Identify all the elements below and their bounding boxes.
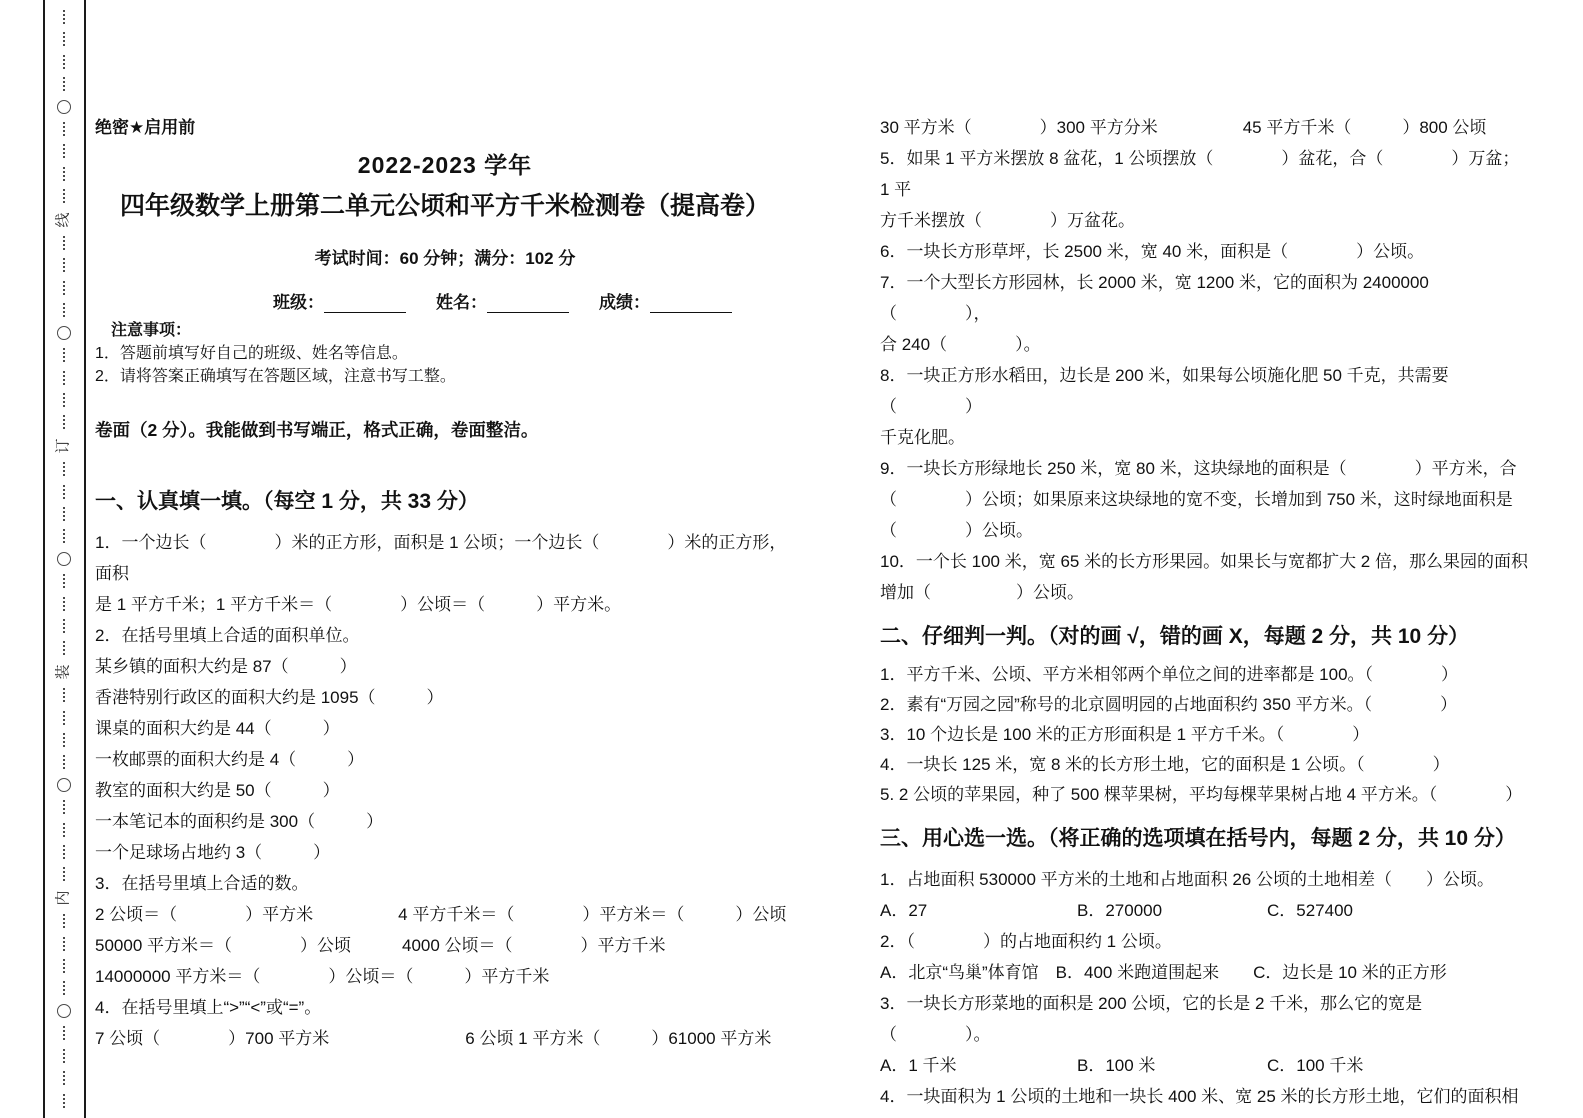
name-blank-line (487, 293, 569, 313)
binding-dash (63, 507, 65, 521)
binding-dash (63, 258, 65, 272)
binding-dash (63, 485, 65, 499)
name-label: 姓名： (436, 288, 487, 313)
question-line: 30 平方米（ ）300 平方分米 45 平方千米（ ）800 公顷 (880, 0, 1528, 143)
page-title: 四年级数学上册第二单元公顷和平方千米检测卷（提高卷） (95, 186, 795, 222)
binding-dash (63, 281, 65, 295)
choice-options-row: A．1 千米 B．100 米 C．100 千米 (880, 1050, 1528, 1081)
binding-char-line: 线 (56, 212, 72, 227)
question-line: 是 1 平方千米；1 平方千米＝（ ）公顷＝（ ）平方米。 (95, 589, 795, 620)
question-line: 3．在括号里填上合适的数。 (95, 868, 795, 899)
binding-dash (63, 755, 65, 769)
question-line: 8．一块正方形水稻田，边长是 200 米，如果每公顷施化肥 50 千克，共需要（… (880, 360, 1528, 422)
question-line: 教室的面积大约是 50（ ） (95, 775, 795, 806)
choice-options-row: A．北京“鸟巢”体育馆 B．400 米跑道围起来 C．边长是 10 米的正方形 (880, 957, 1528, 988)
question-line: （ ）公顷；如果原来这块绿地的宽不变，长增加到 750 米，这时绿地面积是 (880, 484, 1528, 515)
choice-question-line: 2．（ ）的占地面积约 1 公顷。 (880, 926, 1528, 957)
binding-dash (63, 959, 65, 973)
question-line: （ ）公顷。 (880, 515, 1528, 546)
question-line: 14000000 平方米＝（ ）公顷＝（ ）平方千米 (95, 961, 795, 992)
binding-char-inner: 内 (56, 890, 72, 905)
binding-dash (63, 937, 65, 951)
name-field: 姓名： (436, 288, 569, 313)
binding-dash (63, 1071, 65, 1085)
binding-dash (63, 619, 65, 633)
binding-dash (63, 823, 65, 837)
binding-circle (57, 100, 71, 114)
notes-title: 注意事项： (95, 319, 795, 342)
question-line: 7．一个大型长方形园林，长 2000 米，宽 1200 米，它的面积为 2400… (880, 267, 1528, 329)
question-line: 10．一个长 100 米，宽 65 米的长方形果园。如果长与宽都扩大 2 倍，那… (880, 546, 1528, 577)
question-line: 千克化肥。 (880, 422, 1528, 453)
option-c: C．527400 (1267, 895, 1353, 926)
question-line: 2 公顷＝（ ）平方米 4 平方千米＝（ ）平方米＝（ ）公顷 (95, 899, 795, 930)
question-line: 课桌的面积大约是 44（ ） (95, 713, 795, 744)
binding-char-staple: 订 (56, 438, 72, 453)
option-c: C．100 千米 (1267, 1050, 1363, 1081)
class-label: 班级： (273, 288, 324, 313)
binding-dash (63, 303, 65, 317)
binding-rule-right (84, 0, 86, 1118)
choice-question-line: 4．一块面积为 1 公顷的土地和一块长 400 米、宽 25 米的长方形土地，它… (880, 1081, 1528, 1112)
binding-dash (63, 981, 65, 995)
option-a: A．27 (880, 895, 1077, 926)
judge-line: 4．一块长 125 米，宽 8 米的长方形土地，它的面积是 1 公顷。（ ） (880, 750, 1528, 780)
binding-dash (63, 688, 65, 702)
binding-dash (63, 10, 65, 24)
exam-paper-page: 线 订 装 内 (0, 0, 1583, 1118)
binding-dash (63, 1094, 65, 1108)
binding-dash (63, 1026, 65, 1040)
question-line: 方千米摆放（ ）万盆花。 (880, 205, 1528, 236)
binding-dash (63, 167, 65, 181)
question-line: 某乡镇的面积大约是 87（ ） (95, 651, 795, 682)
binding-dash (63, 122, 65, 136)
binding-circle (57, 1004, 71, 1018)
question-line: 香港特别行政区的面积大约是 1095（ ） (95, 682, 795, 713)
question-line: 7 公顷（ ）700 平方米 6 公顷 1 平方米（ ）61000 平方米 (95, 1023, 795, 1054)
paper-quality-statement: 卷面（2 分）。我能做到书写端正，格式正确，卷面整洁。 (95, 417, 795, 442)
question-line: 一枚邮票的面积大约是 4（ ） (95, 744, 795, 775)
section3-title: 三、用心选一选。（将正确的选项填在括号内，每题 2 分，共 10 分） (880, 822, 1528, 855)
choice-question-line: 1．占地面积 530000 平方米的土地和占地面积 26 公顷的土地相差（ ）公… (880, 864, 1528, 895)
binding-dash (63, 867, 65, 881)
binding-circle (57, 326, 71, 340)
binding-char-bind: 装 (56, 664, 72, 679)
question-line: 9．一块长方形绿地长 250 米，宽 80 米，这块绿地的面积是（ ）平方米，合 (880, 453, 1528, 484)
binding-dash (63, 845, 65, 859)
question-line: 5．如果 1 平方米摆放 8 盆花，1 公顷摆放（ ）盆花，合（ ）万盆；1 平 (880, 143, 1528, 205)
binding-dash (63, 236, 65, 250)
binding-dash (63, 55, 65, 69)
class-field: 班级： (273, 288, 406, 313)
binding-strip: 线 订 装 内 (45, 0, 83, 1118)
question-line: 1．一个边长（ ）米的正方形，面积是 1 公顷；一个边长（ ）米的正方形，面积 (95, 527, 795, 589)
binding-dash (63, 415, 65, 429)
question-line: 50000 平方米＝（ ）公顷 4000 公顷＝（ ）平方千米 (95, 930, 795, 961)
binding-dash (63, 32, 65, 46)
note-item: 1．答题前填写好自己的班级、姓名等信息。 (95, 342, 795, 365)
binding-dash (63, 711, 65, 725)
right-column: 30 平方米（ ）300 平方分米 45 平方千米（ ）800 公顷 5．如果 … (880, 0, 1528, 1112)
binding-circle (57, 778, 71, 792)
question-line: 2．在括号里填上合适的面积单位。 (95, 620, 795, 651)
judge-line: 2．素有“万园之园”称号的北京圆明园的占地面积约 350 平方米。（ ） (880, 690, 1528, 720)
binding-dash (63, 914, 65, 928)
choice-question-line: 3．一块长方形菜地的面积是 200 公顷，它的长是 2 千米，那么它的宽是（ ）… (880, 988, 1528, 1050)
section1-title: 一、认真填一填。（每空 1 分，共 33 分） (95, 486, 795, 518)
binding-circle (57, 552, 71, 566)
choice-options-row: A．27 B．270000 C．527400 (880, 895, 1528, 926)
option-a: A．1 千米 (880, 1050, 1077, 1081)
binding-dash (63, 144, 65, 158)
question-line: 6．一块长方形草坪，长 2500 米，宽 40 米，面积是（ ）公顷。 (880, 236, 1528, 267)
question-line: 一个足球场占地约 3（ ） (95, 837, 795, 868)
score-blank-line (650, 293, 732, 313)
class-blank-line (324, 293, 406, 313)
registration-row: 班级： 姓名： 成绩： (273, 288, 795, 313)
binding-dash (63, 800, 65, 814)
binding-dash (63, 77, 65, 91)
option-b: B．100 米 (1077, 1050, 1267, 1081)
question-line: 4．在括号里填上“>”“<”或“=”。 (95, 992, 795, 1023)
judge-line: 5. 2 公顷的苹果园，种了 500 棵苹果树，平均每棵苹果树占地 4 平方米。… (880, 780, 1528, 810)
binding-dash (63, 393, 65, 407)
question-line: 增加（ ）公顷。 (880, 577, 1528, 608)
question-line: 一本笔记本的面积约是 300（ ） (95, 806, 795, 837)
left-column: 绝密★启用前 2022-2023 学年 四年级数学上册第二单元公顷和平方千米检测… (95, 0, 795, 1054)
question-line: 合 240（ ）。 (880, 329, 1528, 360)
note-item: 2．请将答案正确填写在答题区域，注意书写工整。 (95, 365, 795, 388)
title-school-year: 2022-2023 学年 (95, 147, 795, 180)
secrecy-label: 绝密★启用前 (95, 0, 795, 138)
score-field: 成绩： (599, 288, 732, 313)
binding-dash (63, 597, 65, 611)
exam-time-score-info: 考试时间：60 分钟；满分：102 分 (95, 244, 795, 269)
binding-dash (63, 348, 65, 362)
binding-dash (63, 574, 65, 588)
binding-dash (63, 529, 65, 543)
binding-dash (63, 733, 65, 747)
binding-dash (63, 462, 65, 476)
binding-dash (63, 189, 65, 203)
option-b: B．270000 (1077, 895, 1267, 926)
judge-line: 1．平方千米、公顷、平方米相邻两个单位之间的进率都是 100。（ ） (880, 660, 1528, 690)
binding-dash (63, 371, 65, 385)
binding-dash (63, 641, 65, 655)
binding-dash (63, 1049, 65, 1063)
judge-line: 3．10 个边长是 100 米的正方形面积是 1 平方千米。（ ） (880, 720, 1528, 750)
score-label: 成绩： (599, 288, 650, 313)
section2-title: 二、仔细判一判。（对的画 √，错的画 X，每题 2 分，共 10 分） (880, 620, 1528, 653)
